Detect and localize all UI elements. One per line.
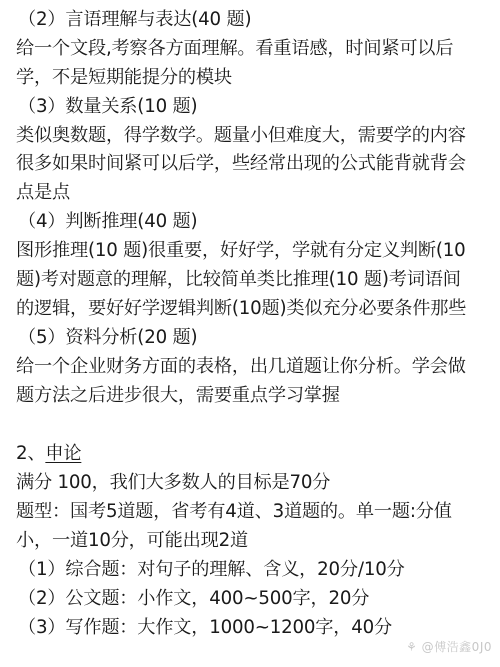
section-text: 满分 100，我们大多数人的目标是70分: [16, 469, 492, 498]
item-heading: （4）判断推理(40 题): [16, 208, 492, 237]
section-text: 题型：国考5道题，省考有4道、3道题的。单一题:分值: [16, 498, 492, 527]
section-number: 2、: [16, 443, 45, 464]
xingce-item-data-analysis: （5）资料分析(20 题) 给一个企业财务方面的表格，出几道题让你分析。学会做 …: [16, 324, 492, 411]
item-text: 点是点: [16, 179, 492, 208]
section-heading: 2、申论: [16, 440, 492, 469]
shenlun-item: （2）公文题：小作文，400~500字，20分: [16, 585, 492, 614]
item-text: 题)考对题意的理解，比较简单类比推理(10 题)考词语间: [16, 266, 492, 295]
spacer: [16, 410, 492, 440]
section-title-link[interactable]: 申论: [45, 443, 81, 464]
section-shenlun: 2、申论 满分 100，我们大多数人的目标是70分 题型：国考5道题，省考有4道…: [16, 440, 492, 642]
item-text: 类似奥数题，得学数学。题量小但难度大，需要学的内容: [16, 122, 492, 151]
item-text: 很多如果时间紧可以后学，些经常出现的公式能背就背会: [16, 150, 492, 179]
item-text: 给一个企业财务方面的表格，出几道题让你分析。学会做: [16, 353, 492, 382]
document-body: （2）言语理解与表达(40 题) 给一个文段,考察各方面理解。看重语感，时间紧可…: [16, 6, 492, 643]
section-text: 小，一道10分，可能出现2道: [16, 527, 492, 556]
item-text: 的逻辑，要好好学逻辑判断(10题)类似充分必要条件那些: [16, 295, 492, 324]
item-text: 题方法之后进步很大，需要重点学习掌握: [16, 382, 492, 411]
item-text: 学，不是短期能提分的模块: [16, 64, 492, 93]
item-text: 给一个文段,考察各方面理解。看重语感，时间紧可以后: [16, 35, 492, 64]
xingce-item-reasoning: （4）判断推理(40 题) 图形推理(10 题)很重要，好好学，学就有分定义判断…: [16, 208, 492, 324]
shenlun-item: （1）综合题：对句子的理解、含义，20分/10分: [16, 556, 492, 585]
item-heading: （5）资料分析(20 题): [16, 324, 492, 353]
item-text: 图形推理(10 题)很重要，好好学，学就有分定义判断(10: [16, 237, 492, 266]
watermark: ⚘ @傅浩鑫0J0: [406, 638, 492, 655]
xingce-item-quantitative: （3）数量关系(10 题) 类似奥数题，得学数学。题量小但难度大，需要学的内容 …: [16, 93, 492, 209]
item-heading: （2）言语理解与表达(40 题): [16, 6, 492, 35]
item-heading: （3）数量关系(10 题): [16, 93, 492, 122]
xingce-item-verbal: （2）言语理解与表达(40 题) 给一个文段,考察各方面理解。看重语感，时间紧可…: [16, 6, 492, 93]
